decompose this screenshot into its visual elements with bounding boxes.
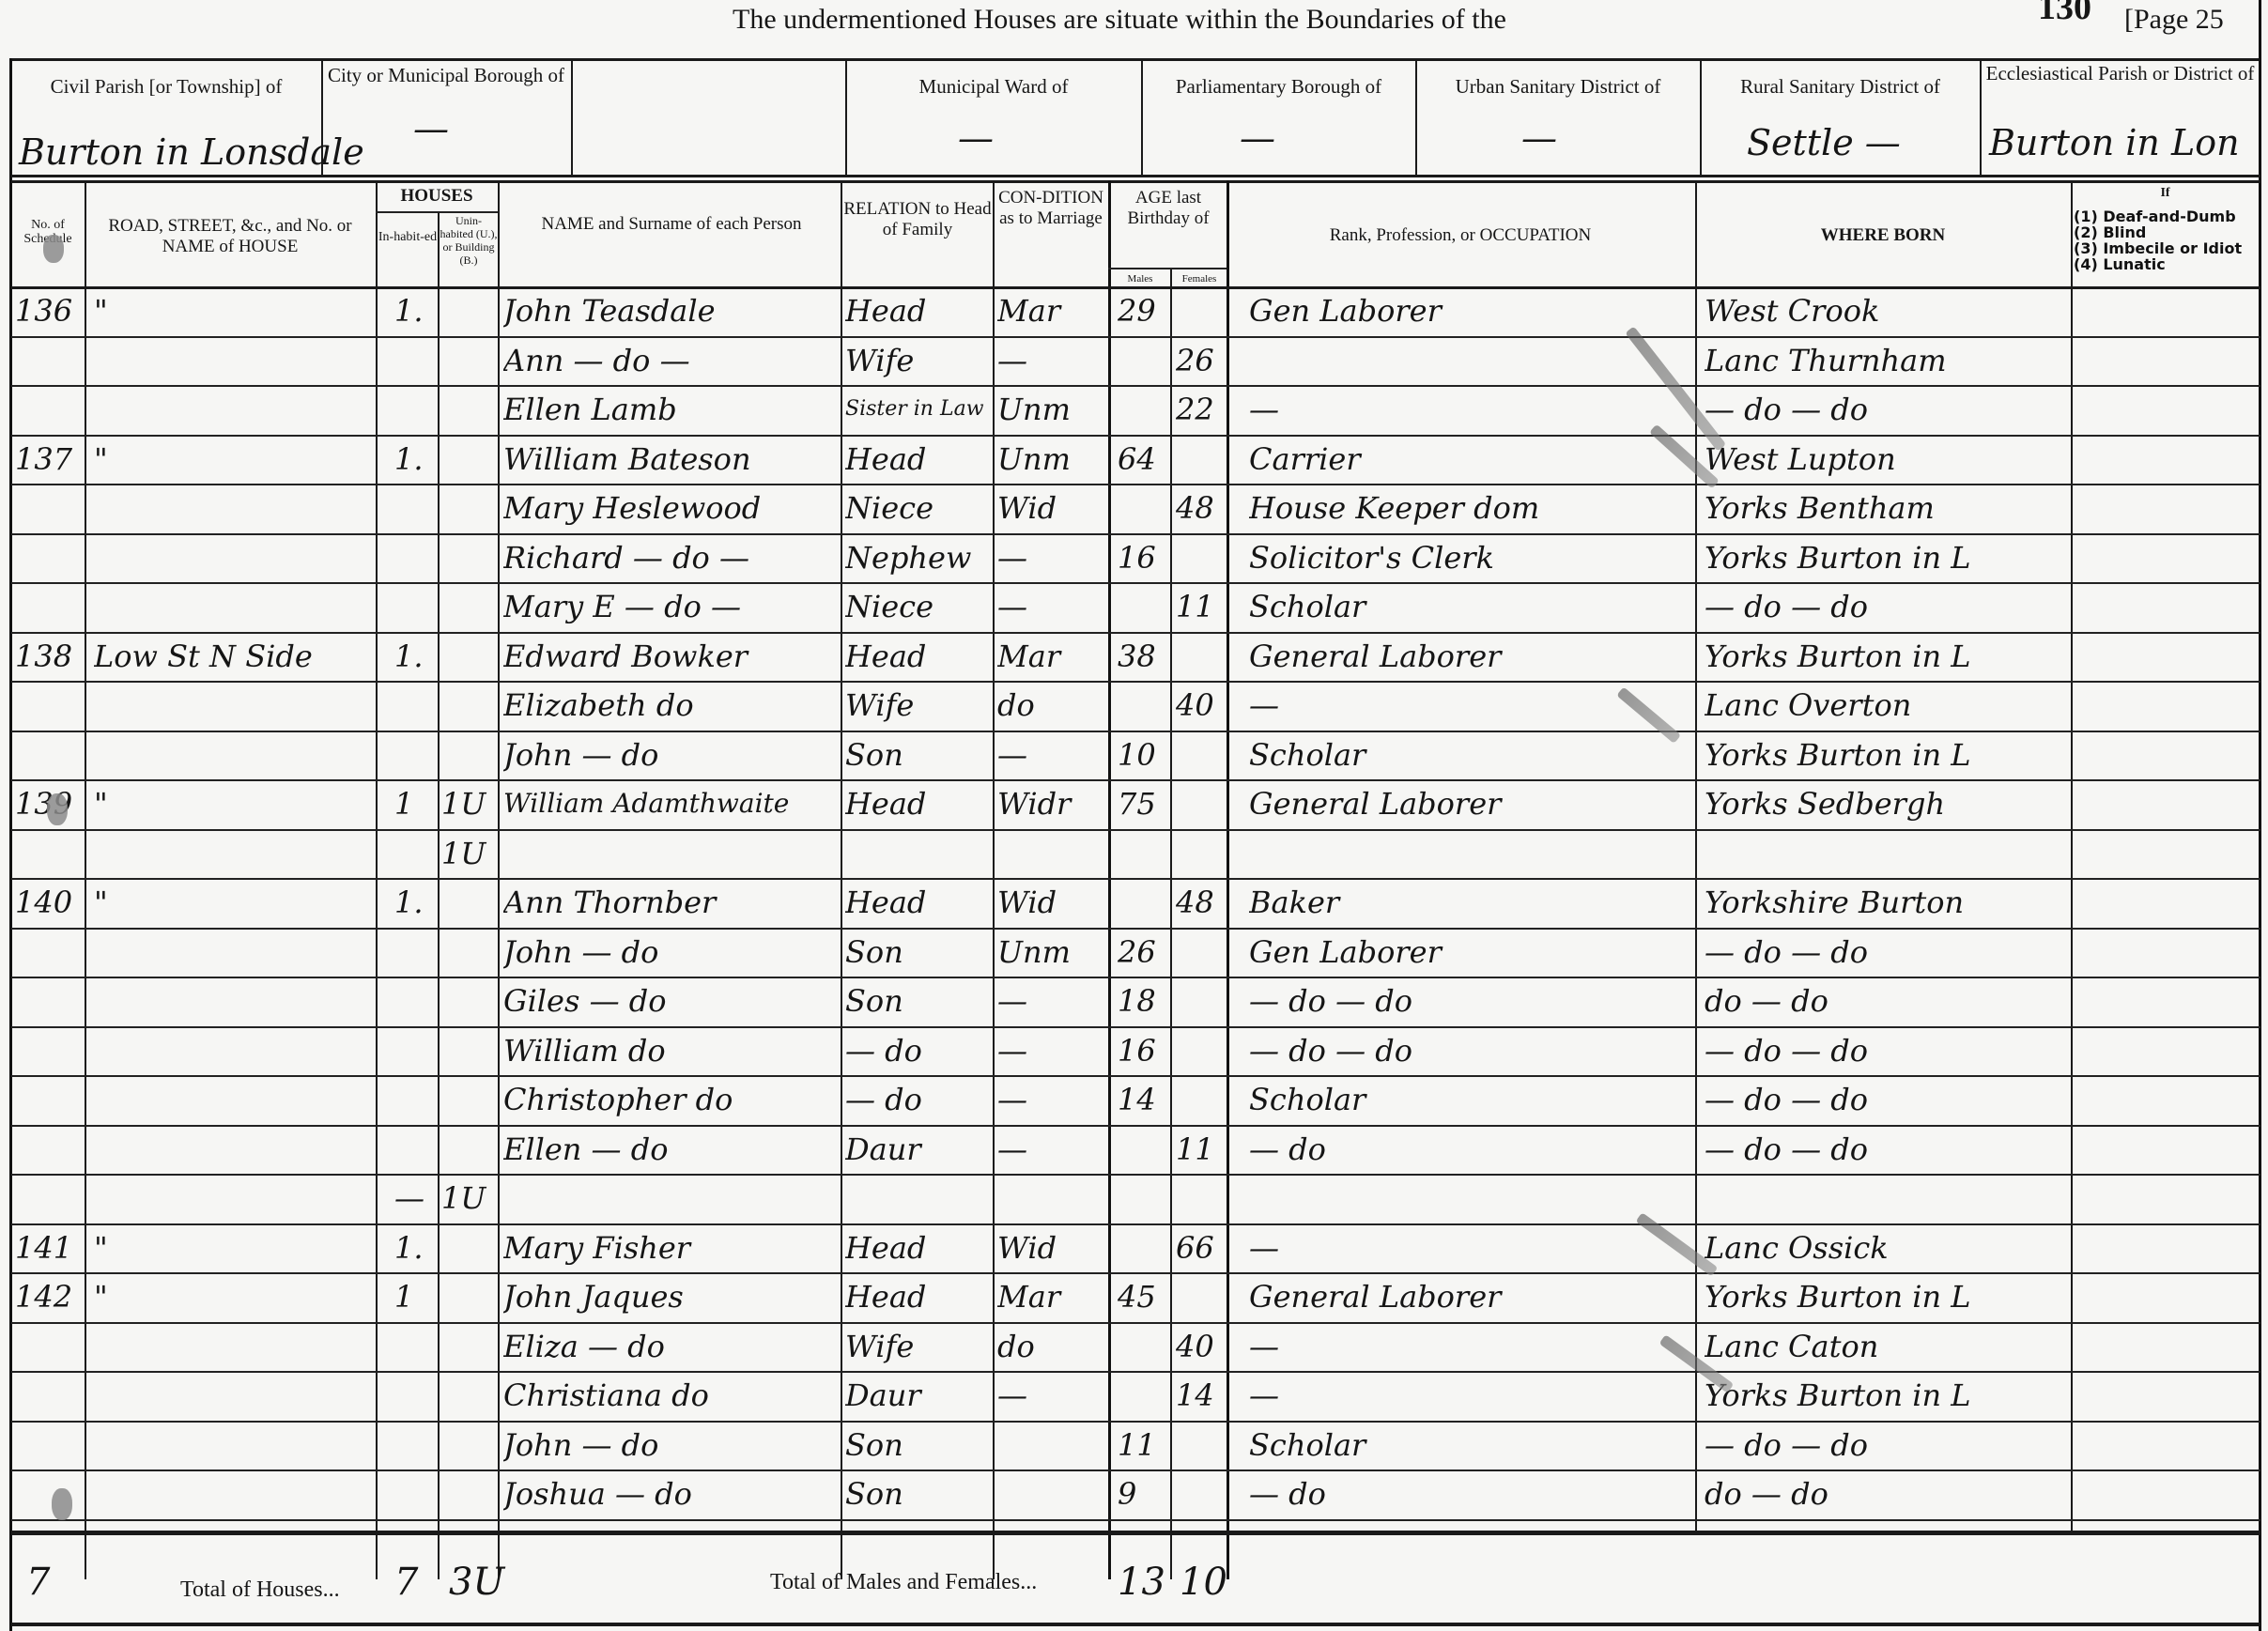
cell-schedule: 140 [15, 884, 85, 921]
cell-relation: Head [845, 1229, 991, 1267]
page-reference: [Page 25 [2124, 4, 2224, 36]
cell-inhabited: 1. [394, 440, 436, 478]
cell-name: Ann — do — [503, 342, 837, 379]
cell-birthplace: — do — do [1705, 1131, 2069, 1168]
cell-condition: Mar [997, 292, 1106, 330]
cell-name: William Bateson [503, 440, 837, 478]
cell-female-age: 48 [1176, 884, 1227, 921]
cell-relation: Son [845, 1475, 991, 1513]
rule-header-bottom [11, 286, 2260, 289]
district-label-city: City or Municipal Borough of [324, 64, 568, 86]
cell-condition: do [997, 686, 1106, 724]
col-rule [438, 211, 440, 1579]
cell-name: Giles — do [503, 982, 837, 1020]
rule-top [11, 58, 2260, 61]
cell-birthplace: Yorks Burton in L [1705, 1377, 2069, 1414]
cell-condition: Wid [997, 489, 1106, 527]
row-rule [11, 829, 2260, 831]
district-label-urban-sanitary: Urban Sanitary District of [1418, 75, 1698, 98]
cell-relation: Nephew [845, 539, 991, 577]
cell-male-age: 18 [1118, 982, 1170, 1020]
col-rule [498, 180, 500, 1579]
cell-occupation: General Laborer [1249, 785, 1690, 823]
row-rule [11, 977, 2260, 978]
col-header-name: NAME and Surname of each Person [507, 214, 836, 235]
cell-occupation: Gen Laborer [1249, 292, 1690, 330]
cell-birthplace: West Lupton [1705, 440, 2069, 478]
cell-schedule: 141 [15, 1229, 85, 1267]
cell-name: Ellen — do [503, 1131, 837, 1168]
total-females: 10 [1180, 1563, 1227, 1601]
district-value-ecclesiastical: Burton in Lon [1989, 122, 2240, 163]
cell-relation: Head [845, 884, 991, 921]
cell-birthplace: — do — do [1705, 391, 2069, 428]
cell-name: Christopher do [503, 1081, 837, 1118]
cell-birthplace: Yorks Burton in L [1705, 1278, 2069, 1316]
rule-district-bottom [11, 175, 2260, 177]
cell-relation: — do [845, 1081, 991, 1118]
folio-number: 130 [2038, 0, 2091, 28]
cell-inhabited: 1. [394, 884, 436, 921]
cell-inhabited: 1. [394, 1229, 436, 1267]
cell-male-age: 10 [1118, 736, 1170, 774]
cell-male-age: 11 [1118, 1426, 1170, 1464]
cell-uninhabited: 1U [441, 785, 496, 823]
cell-inhabited: 1 [394, 785, 436, 823]
cell-male-age: 38 [1118, 638, 1170, 675]
cell-condition: — [997, 342, 1106, 379]
cell-condition: do [997, 1328, 1106, 1365]
col-header-uninhabited: Unin-habited (U.), or Building (B.) [440, 214, 498, 267]
cell-name: Mary E — do — [503, 588, 837, 625]
cell-condition: — [997, 1131, 1106, 1168]
cell-male-age: 16 [1118, 539, 1170, 577]
row-rule [11, 435, 2260, 437]
cell-birthplace: — do — do [1705, 588, 2069, 625]
cell-condition: — [997, 1032, 1106, 1069]
cell-birthplace: — do — do [1705, 1032, 2069, 1069]
cell-name: Joshua — do [503, 1475, 837, 1513]
col-header-relation: RELATION to Head of Family [843, 199, 992, 240]
cell-relation: Daur [845, 1131, 991, 1168]
cell-birthplace: — do — do [1705, 933, 2069, 971]
cell-male-age: 64 [1118, 440, 1170, 478]
row-rule [11, 484, 2260, 485]
row-rule [11, 1469, 2260, 1471]
row-rule [11, 779, 2260, 781]
cell-male-age: 26 [1118, 933, 1170, 971]
row-rule [11, 1519, 2260, 1521]
district-label-ecclesiastical: Ecclesiastical Parish or District of [1982, 62, 2259, 85]
cell-occupation: — do — do [1249, 1032, 1690, 1069]
census-page: The undermentioned Houses are situate wi… [0, 0, 2268, 1631]
col-header-condition: CON-DITION as to Marriage [995, 188, 1106, 229]
row-rule [11, 336, 2260, 338]
col-header-males: Males [1110, 272, 1170, 286]
cell-occupation: Scholar [1249, 588, 1690, 625]
cell-relation: Head [845, 1278, 991, 1316]
col-header-inhabited: In-habit-ed [378, 230, 438, 244]
cell-birthplace: — do — do [1705, 1081, 2069, 1118]
cell-relation: Son [845, 982, 991, 1020]
col-header-infirmity: (1) Deaf-and-Dumb (2) Blind (3) Imbecile… [2074, 208, 2242, 272]
rule-district-bottom-2 [11, 180, 2260, 183]
col-header-road: ROAD, STREET, &c., and No. or NAME of HO… [89, 216, 371, 257]
cell-occupation: — do [1249, 1131, 1690, 1168]
cell-name: William do [503, 1032, 837, 1069]
col-rule [993, 180, 995, 1579]
row-rule [11, 385, 2260, 387]
cell-name: Christiana do [503, 1377, 837, 1414]
cell-relation: — do [845, 1032, 991, 1069]
col-header-infirmity-if: If [2074, 186, 2257, 200]
cell-male-age: 29 [1118, 292, 1170, 330]
cell-road: " [94, 884, 371, 921]
cell-name: John — do [503, 1426, 837, 1464]
cell-occupation: General Laborer [1249, 638, 1690, 675]
cell-schedule: 136 [15, 292, 85, 330]
col-rule [85, 180, 86, 1579]
cell-occupation: Scholar [1249, 1426, 1690, 1464]
total-schedules: 7 [26, 1563, 50, 1601]
col-header-occupation: Rank, Profession, or OCCUPATION [1230, 225, 1690, 246]
cell-inhabited: 1. [394, 292, 436, 330]
cell-name: Mary Fisher [503, 1229, 837, 1267]
cell-condition: — [997, 588, 1106, 625]
district-value-ward: — [958, 117, 994, 159]
cell-relation: Wife [845, 342, 991, 379]
cell-female-age: 11 [1176, 588, 1227, 625]
cell-female-age: 48 [1176, 489, 1227, 527]
cell-uninhabited: 1U [441, 835, 496, 872]
cell-road: " [94, 440, 371, 478]
cell-female-age: 22 [1176, 391, 1227, 428]
col-rule [1227, 180, 1229, 1579]
cell-name: John Teasdale [503, 292, 837, 330]
cell-name: Edward Bowker [503, 638, 837, 675]
cell-birthplace: do — do [1705, 1475, 2069, 1513]
cell-condition: Mar [997, 638, 1106, 675]
total-persons-label: Total of Males and Females... [770, 1570, 1037, 1595]
row-rule [11, 731, 2260, 732]
rule-totals-top [11, 1531, 2260, 1535]
cell-birthplace: Lanc Caton [1705, 1328, 2069, 1365]
cell-birthplace: Yorks Bentham [1705, 489, 2069, 527]
cell-female-age: 11 [1176, 1131, 1227, 1168]
row-rule [11, 1421, 2260, 1423]
cell-road: " [94, 785, 371, 823]
row-rule [11, 1322, 2260, 1324]
border-right [2259, 0, 2261, 1631]
cell-male-age: 9 [1118, 1475, 1170, 1513]
cell-birthplace: Lanc Thurnham [1705, 342, 2069, 379]
cell-birthplace: Lanc Ossick [1705, 1229, 2069, 1267]
cell-name: Elizabeth do [503, 686, 837, 724]
col-rule [376, 180, 378, 1579]
row-rule [11, 1174, 2260, 1176]
cell-name: John — do [503, 933, 837, 971]
cell-relation: Wife [845, 1328, 991, 1365]
col-rule [1170, 268, 1172, 1579]
cell-birthplace: Yorkshire Burton [1705, 884, 2069, 921]
cell-condition: — [997, 1081, 1106, 1118]
cell-name: John — do [503, 736, 837, 774]
cell-occupation: Gen Laborer [1249, 933, 1690, 971]
cell-condition: Wid [997, 884, 1106, 921]
cell-inhabited: 1 [394, 1278, 436, 1316]
row-rule [11, 533, 2260, 535]
total-uninhabited: 3U [449, 1563, 504, 1601]
cell-occupation: Baker [1249, 884, 1690, 921]
cell-relation: Son [845, 1426, 991, 1464]
cell-female-age: 66 [1176, 1229, 1227, 1267]
cell-occupation: — do — do [1249, 982, 1690, 1020]
row-rule [11, 1272, 2260, 1274]
rule-totals-bottom [11, 1623, 2260, 1626]
cell-name: Richard — do — [503, 539, 837, 577]
cell-relation: Head [845, 292, 991, 330]
cell-schedule: 142 [15, 1278, 85, 1316]
cell-schedule: 137 [15, 440, 85, 478]
row-rule [11, 681, 2260, 683]
col-rule [841, 180, 842, 1579]
cell-relation: Wife [845, 686, 991, 724]
row-rule [11, 1223, 2260, 1225]
cell-female-age: 26 [1176, 342, 1227, 379]
ink-blot [52, 1488, 72, 1520]
cell-birthplace: Yorks Burton in L [1705, 736, 2069, 774]
total-inhabited: 7 [394, 1563, 418, 1601]
cell-condition: — [997, 736, 1106, 774]
cell-female-age: 40 [1176, 1328, 1227, 1365]
col-rule [1695, 180, 1697, 1532]
cell-male-age: 14 [1118, 1081, 1170, 1118]
district-label-civil-parish: Civil Parish [or Township] of [13, 75, 319, 98]
cell-condition: Widr [997, 785, 1106, 823]
cell-name: Ellen Lamb [503, 391, 837, 428]
cell-condition: Unm [997, 391, 1106, 428]
cell-condition: Wid [997, 1229, 1106, 1267]
col-header-birthplace: WHERE BORN [1700, 225, 2066, 246]
district-label-rural-sanitary: Rural Sanitary District of [1703, 75, 1978, 98]
cell-relation: Son [845, 933, 991, 971]
cell-occupation: Solicitor's Clerk [1249, 539, 1690, 577]
divider [845, 58, 847, 176]
district-value-civil-parish: Burton in Lonsdale [19, 131, 364, 173]
divider [1141, 58, 1143, 176]
col-header-age: AGE last Birthday of [1112, 188, 1225, 229]
row-rule [11, 1026, 2260, 1028]
cell-condition: — [997, 982, 1106, 1020]
cell-name: Ann Thornber [503, 884, 837, 921]
cell-occupation: — [1249, 1229, 1690, 1267]
cell-birthplace: West Crook [1705, 292, 2069, 330]
district-value-rural-sanitary: Settle — [1747, 122, 1901, 163]
cell-occupation: — [1249, 1377, 1690, 1414]
district-label-parliamentary: Parliamentary Borough of [1144, 75, 1413, 98]
cell-relation: Son [845, 736, 991, 774]
cell-relation: Head [845, 638, 991, 675]
cell-relation: Head [845, 440, 991, 478]
divider [1415, 58, 1417, 176]
divider [571, 58, 573, 176]
cell-occupation: Scholar [1249, 1081, 1690, 1118]
border-left [9, 58, 12, 1631]
cell-male-age: 16 [1118, 1032, 1170, 1069]
cell-road: " [94, 1278, 371, 1316]
cell-road: " [94, 1229, 371, 1267]
cell-condition: Mar [997, 1278, 1106, 1316]
ink-blot [47, 793, 68, 825]
col-header-females: Females [1172, 272, 1227, 286]
total-males: 13 [1118, 1563, 1165, 1601]
infirmity-option-4: (4) Lunatic [2074, 256, 2242, 272]
total-houses-label: Total of Houses... [180, 1577, 340, 1603]
rule-houses [376, 211, 498, 213]
cell-relation: Head [845, 785, 991, 823]
infirmity-option-3: (3) Imbecile or Idiot [2074, 240, 2242, 256]
cell-relation: Niece [845, 588, 991, 625]
cell-birthplace: Yorks Burton in L [1705, 539, 2069, 577]
cell-condition: — [997, 539, 1106, 577]
cell-condition: — [997, 1377, 1106, 1414]
cell-birthplace: — do — do [1705, 1426, 2069, 1464]
cell-uninhabited: 1U [441, 1179, 496, 1217]
infirmity-option-1: (1) Deaf-and-Dumb [2074, 208, 2242, 224]
cell-name: Mary Heslewood [503, 489, 837, 527]
cell-condition: Unm [997, 440, 1106, 478]
cell-relation: Daur [845, 1377, 991, 1414]
divider [1700, 58, 1702, 176]
cell-birthplace: do — do [1705, 982, 2069, 1020]
cell-female-age: 14 [1176, 1377, 1227, 1414]
cell-occupation: — do [1249, 1475, 1690, 1513]
row-rule [11, 1371, 2260, 1373]
district-value-parliamentary: — [1240, 117, 1275, 159]
cell-name: Eliza — do [503, 1328, 837, 1365]
cell-road: " [94, 292, 371, 330]
cell-condition: Unm [997, 933, 1106, 971]
cell-male-age: 45 [1118, 1278, 1170, 1316]
cell-relation: Niece [845, 489, 991, 527]
cell-relation: Sister in Law [845, 391, 991, 428]
district-label-ward: Municipal Ward of [848, 75, 1139, 98]
cell-birthplace: Yorks Burton in L [1705, 638, 2069, 675]
cell-inhabited: 1. [394, 638, 436, 675]
row-rule [11, 632, 2260, 634]
infirmity-option-2: (2) Blind [2074, 224, 2242, 240]
cell-occupation: — [1249, 391, 1690, 428]
row-rule [11, 582, 2260, 584]
row-rule [11, 878, 2260, 880]
rule-age [1108, 268, 1227, 269]
row-rule [11, 928, 2260, 930]
cell-inhabited: — [394, 1179, 436, 1217]
cell-occupation: House Keeper dom [1249, 489, 1690, 527]
cell-schedule: 138 [15, 638, 85, 675]
cell-occupation: — [1249, 1328, 1690, 1365]
col-header-houses: HOUSES [376, 186, 498, 207]
page-banner: The undermentioned Houses are situate wi… [733, 4, 1506, 36]
cell-birthplace: Yorks Sedbergh [1705, 785, 2069, 823]
ink-blot [43, 235, 64, 263]
cell-name: John Jaques [503, 1278, 837, 1316]
cell-occupation: Scholar [1249, 736, 1690, 774]
cell-birthplace: Lanc Overton [1705, 686, 2069, 724]
district-value-urban-sanitary: — [1521, 117, 1557, 159]
row-rule [11, 1075, 2260, 1077]
col-rule [2071, 180, 2073, 1532]
cell-road: Low St N Side [94, 638, 371, 675]
district-value-city: — [413, 108, 449, 149]
cell-occupation: General Laborer [1249, 1278, 1690, 1316]
cell-name: William Adamthwaite [503, 785, 837, 823]
col-rule [1108, 180, 1111, 1579]
cell-occupation: Carrier [1249, 440, 1690, 478]
row-rule [11, 1125, 2260, 1127]
cell-male-age: 75 [1118, 785, 1170, 823]
cell-female-age: 40 [1176, 686, 1227, 724]
